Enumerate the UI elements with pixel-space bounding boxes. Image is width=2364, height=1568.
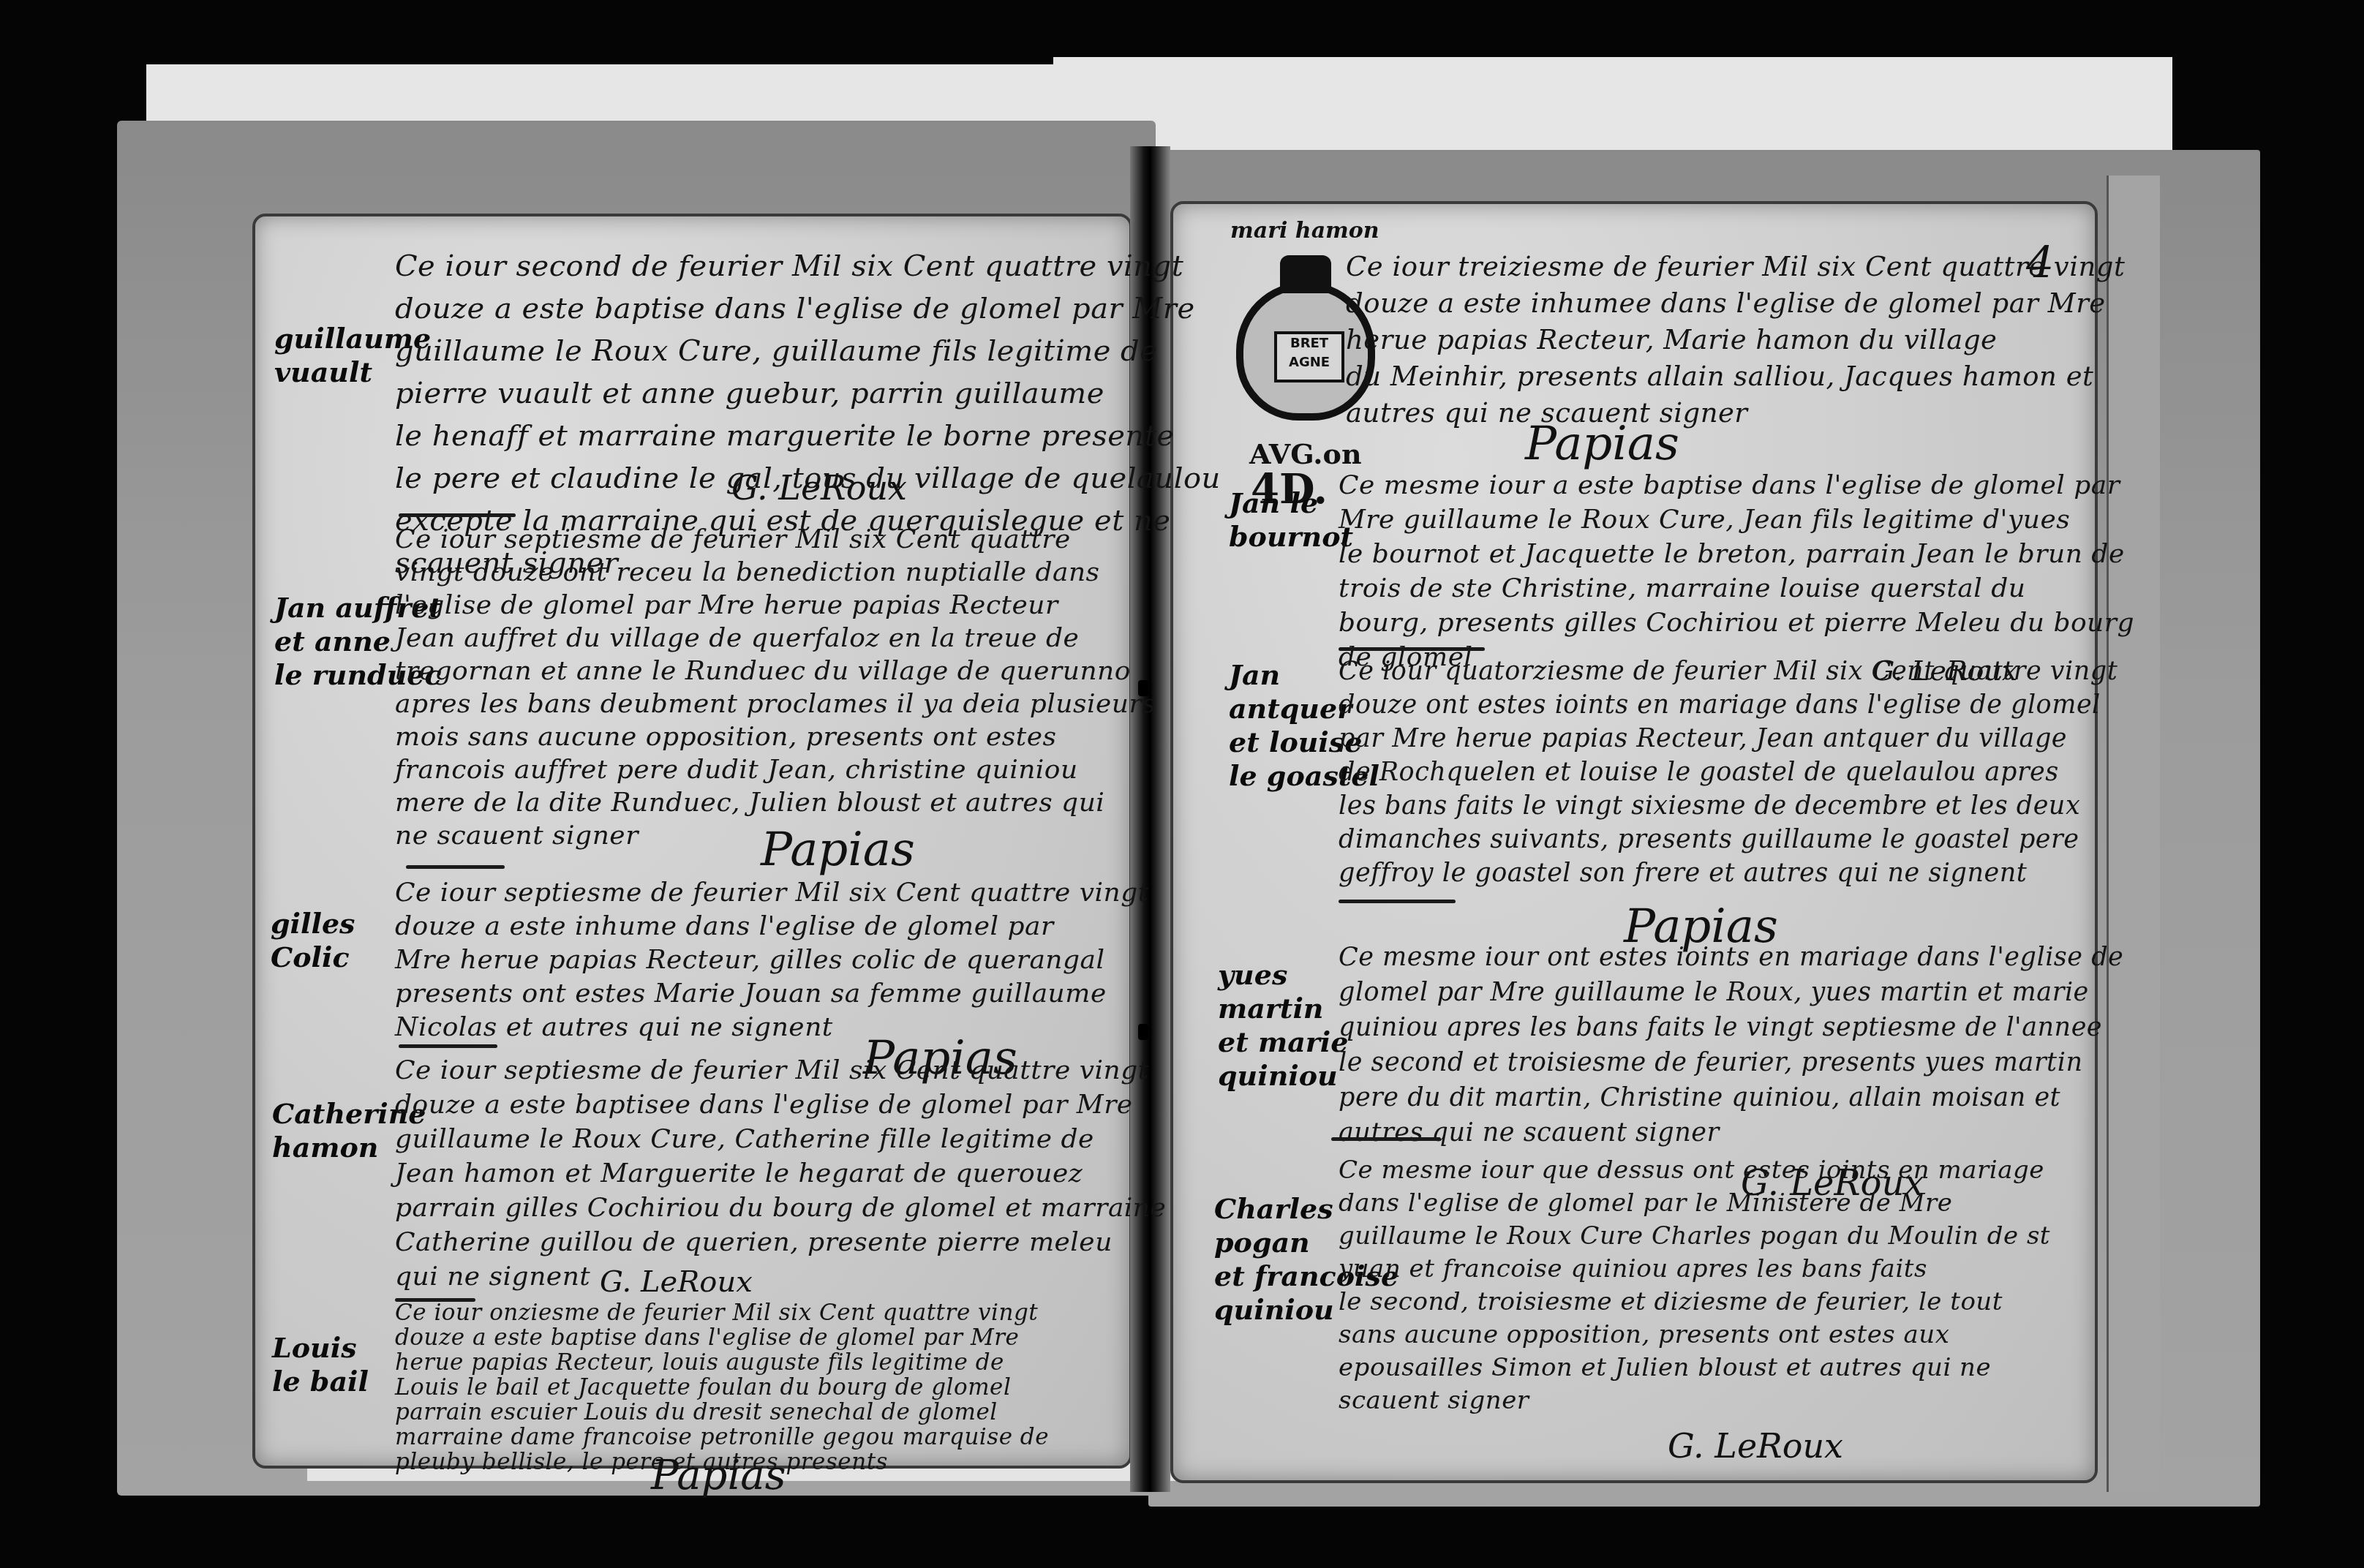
register-entry: Ce iour onziesme de feurier Mil six Cent… (395, 1300, 1049, 1474)
signature: G. LeRoux (1668, 1426, 1843, 1466)
stamp-text-2: AGNE (1277, 353, 1341, 372)
crown-icon (1280, 255, 1331, 293)
register-entry: Ce iour septiesme de feurier Mil six Cen… (395, 876, 1149, 1044)
entry-divider (1339, 900, 1456, 903)
margin-name: Louis le bail (272, 1331, 369, 1398)
register-entry: Ce mesme iour a este baptise dans l'egli… (1339, 468, 2134, 674)
entry-divider (399, 513, 516, 517)
signature: G. LeRoux (600, 1265, 753, 1299)
register-entry: Ce iour septiesme de feurier Mil six Cen… (395, 1053, 1166, 1294)
signature: Papias (651, 1452, 786, 1499)
stamp-header-name: mari hamon (1230, 218, 1379, 244)
stamp-emblem: BRET AGNE (1274, 331, 1344, 382)
register-entry: Ce iour septiesme de feurier Mil six Cen… (395, 523, 1156, 852)
signature: Papias (1525, 417, 1679, 471)
margin-name: yues martin et marie quiniou (1218, 958, 1348, 1093)
register-entry: Ce iour quatorziesme de feurier Mil six … (1339, 655, 2118, 890)
stamp-text-1: BRET (1277, 334, 1341, 353)
entry-divider (399, 1044, 497, 1048)
entry-divider (1331, 1137, 1441, 1141)
register-entry: Ce mesme iour que dessus ont estes ioint… (1339, 1154, 2050, 1417)
register-entry: Ce iour treiziesme de feurier Mil six Ce… (1346, 249, 2125, 431)
signature: Papias (761, 823, 915, 877)
backing-card-right (1053, 57, 2172, 159)
register-entry: Ce mesme iour ont estes ioints en mariag… (1339, 940, 2123, 1150)
margin-name: gilles Colic (271, 907, 355, 974)
margin-name: Jan le bournot (1229, 486, 1353, 554)
entry-divider (1339, 647, 1485, 651)
signature: G. LeRoux (731, 468, 907, 508)
entry-divider (406, 865, 505, 869)
